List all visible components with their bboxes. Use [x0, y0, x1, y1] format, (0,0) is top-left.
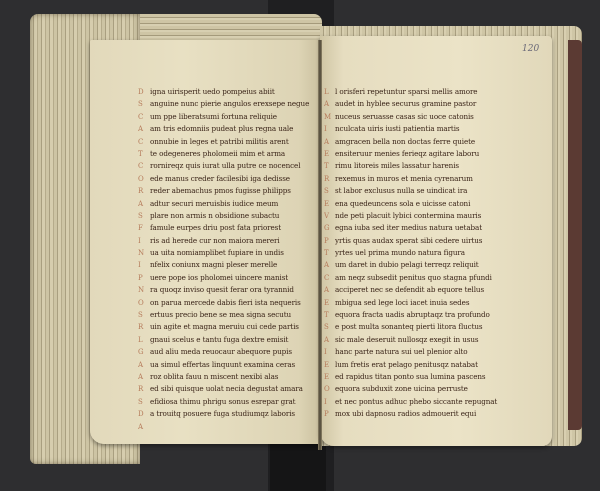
text-line: onnubie in leges et patribi militis aren… — [150, 136, 318, 148]
text-line: A — [138, 198, 144, 210]
text-line: yrtis quas audax sperat sibi cedere uirt… — [335, 235, 515, 247]
text-line: egna iuba sed iter medius natura uetabat — [335, 222, 515, 234]
text-line: te odegeneres pholomeii mim et arma — [150, 148, 318, 160]
text-line: I — [324, 396, 331, 408]
text-line: e post multa sonanteq pierti litora fluc… — [335, 321, 515, 333]
text-line: A — [138, 123, 144, 135]
text-line: D — [138, 86, 144, 98]
text-line: ra quoqz inviso quesit ferar ora tyranni… — [150, 284, 318, 296]
text-line: E — [324, 297, 331, 309]
text-line: V — [324, 210, 331, 222]
text-line: l orisferi repetuntur sparsi mellis amor… — [335, 86, 515, 98]
text-line: E — [324, 371, 331, 383]
text-line: equora subduxit zone uicina perruste — [335, 383, 515, 395]
text-line: R — [138, 185, 144, 197]
text-line: S — [138, 210, 144, 222]
text-line: am tris edomniis pudeat plus regna uale — [150, 123, 318, 135]
text-line: gnaui scelus e tantu fuga dextre emisit — [150, 334, 318, 346]
text-line: S — [138, 396, 144, 408]
text-line: A — [324, 259, 331, 271]
text-line: C — [324, 272, 331, 284]
text-line: ena quedeuncens sola e uicisse catoni — [335, 198, 515, 210]
text-line: ed sibi quisque uolat necia degustat ama… — [150, 383, 318, 395]
text-line: I — [138, 235, 144, 247]
text-line: S — [324, 321, 331, 333]
text-line: famule eurpes driu post fata priorest — [150, 222, 318, 234]
text-line: acciperet nec se defendit ab equore tell… — [335, 284, 515, 296]
left-rubric-initials: DSCACTCORASFINIPNOSRLGAARSDA — [138, 86, 144, 433]
book-gutter — [318, 40, 322, 450]
text-line: S — [138, 309, 144, 321]
text-line: N — [138, 284, 144, 296]
text-line: st labor exclusus nulla se uindicat ira — [335, 185, 515, 197]
text-line: C — [138, 160, 144, 172]
text-line: aud aliu meda reuocaur abequore pupis — [150, 346, 318, 358]
folio-number: 120 — [522, 44, 539, 54]
text-line: C — [138, 136, 144, 148]
left-page-text: igna uirisperit uedo pompeius abiitangui… — [150, 86, 318, 421]
text-line: um ppe liberatsumi fortuna reliquie — [150, 111, 318, 123]
text-line: mox ubi dapnosu radios admouerit equi — [335, 408, 515, 420]
text-line: mbigua sed lege loci iacet inuia sedes — [335, 297, 515, 309]
text-line: C — [138, 111, 144, 123]
text-line: E — [324, 359, 331, 371]
text-line: A — [138, 421, 144, 433]
text-line: rornireqz quis iurat ulla putre ce nocen… — [150, 160, 318, 172]
text-line: F — [138, 222, 144, 234]
text-line: ensiteruur menies ferieqz agitare laboru — [335, 148, 515, 160]
text-line: A — [138, 371, 144, 383]
text-line: equora fracta uadis abruptaqz tra profun… — [335, 309, 515, 321]
text-line: A — [324, 284, 331, 296]
leather-binding-edge — [568, 40, 582, 430]
text-line: D — [138, 408, 144, 420]
text-line: et nec pontus adhuc phebo siccante repug… — [335, 396, 515, 408]
text-line: N — [138, 247, 144, 259]
text-line: A — [138, 359, 144, 371]
text-line: R — [324, 173, 331, 185]
text-line: O — [138, 173, 144, 185]
text-line: sic male deseruit nullosqz exegit in usu… — [335, 334, 515, 346]
text-line: rexemus in muros et menia cyrenarum — [335, 173, 515, 185]
text-line: ed rapidus titan ponto sua lumina pascen… — [335, 371, 515, 383]
text-line: ua uita nomiamplibet fupiare in undis — [150, 247, 318, 259]
text-line: roz oblita fauu n miscent nexibi alas — [150, 371, 318, 383]
right-page-text: l orisferi repetuntur sparsi mellis amor… — [335, 86, 515, 421]
text-line: rimu litoreis miles lassatur harenis — [335, 160, 515, 172]
text-line: P — [138, 272, 144, 284]
text-line: plare non armis n obsidione subactu — [150, 210, 318, 222]
text-line: a trouitq posuere fuga studiumqz laboris — [150, 408, 318, 420]
text-line: uere pope ios pholomei uincere manist — [150, 272, 318, 284]
text-line: L — [138, 334, 144, 346]
text-line: reder abemachus pmos fugisse philipps — [150, 185, 318, 197]
text-line: nculcata uiris iusti patientia martis — [335, 123, 515, 135]
text-line: I — [324, 346, 331, 358]
text-line: I — [324, 123, 331, 135]
text-line: A — [324, 98, 331, 110]
text-line: lum fretis erat pelago penitusqz natabat — [335, 359, 515, 371]
text-line: P — [324, 408, 331, 420]
text-line: yrtes uel prima mundo natura figura — [335, 247, 515, 259]
text-line: L — [324, 86, 331, 98]
text-line: amgracen bella non doctas ferre quiete — [335, 136, 515, 148]
text-line: T — [324, 160, 331, 172]
text-line: S — [138, 98, 144, 110]
text-line: nde peti placuit lybici contermina mauri… — [335, 210, 515, 222]
text-line: G — [138, 346, 144, 358]
text-line: A — [324, 136, 331, 148]
text-line: igna uirisperit uedo pompeius abiit — [150, 86, 318, 98]
text-line: R — [138, 383, 144, 395]
text-line: on parua mercede dabis fieri ista nequer… — [150, 297, 318, 309]
text-line: T — [324, 247, 331, 259]
text-line: E — [324, 148, 331, 160]
text-line: nfelix coniunx magni pleser merelle — [150, 259, 318, 271]
text-line: am neqz subsedit penitus quo stagna pfun… — [335, 272, 515, 284]
text-line: P — [324, 235, 331, 247]
text-line: G — [324, 222, 331, 234]
text-line: R — [138, 321, 144, 333]
text-line: T — [324, 309, 331, 321]
text-line: E — [324, 198, 331, 210]
text-line: ris ad herede cur non maiora mereri — [150, 235, 318, 247]
text-line: uin agite et magna meruiu cui cede parti… — [150, 321, 318, 333]
text-line: audet in hyblee securus gramine pastor — [335, 98, 515, 110]
text-line: ertuus precio bene se mea signa secutu — [150, 309, 318, 321]
text-line: anguine nunc pierie angulos erexsepe neg… — [150, 98, 318, 110]
text-line: M — [324, 111, 331, 123]
text-line: A — [324, 334, 331, 346]
text-line: O — [138, 297, 144, 309]
text-line: nuceus seruasse casas sic uoce catonis — [335, 111, 515, 123]
text-line: O — [324, 383, 331, 395]
text-line: T — [138, 148, 144, 160]
right-rubric-initials: LAMIAETRSEVGPTACAETSAIEEOIP — [324, 86, 331, 421]
text-line: um daret in dubio pelagi terreqz reliqui… — [335, 259, 515, 271]
text-line: S — [324, 185, 331, 197]
text-line: ua simul effertas linquunt examina ceras — [150, 359, 318, 371]
text-line: ede manus creder facilesibi iga dedisse — [150, 173, 318, 185]
text-line: hanc parte natura sui uel plenior alto — [335, 346, 515, 358]
text-line: adtur securi meruisbis iudice meum — [150, 198, 318, 210]
text-line: efidiosa thimu phrigu sonus esrepar grat — [150, 396, 318, 408]
text-line: I — [138, 259, 144, 271]
